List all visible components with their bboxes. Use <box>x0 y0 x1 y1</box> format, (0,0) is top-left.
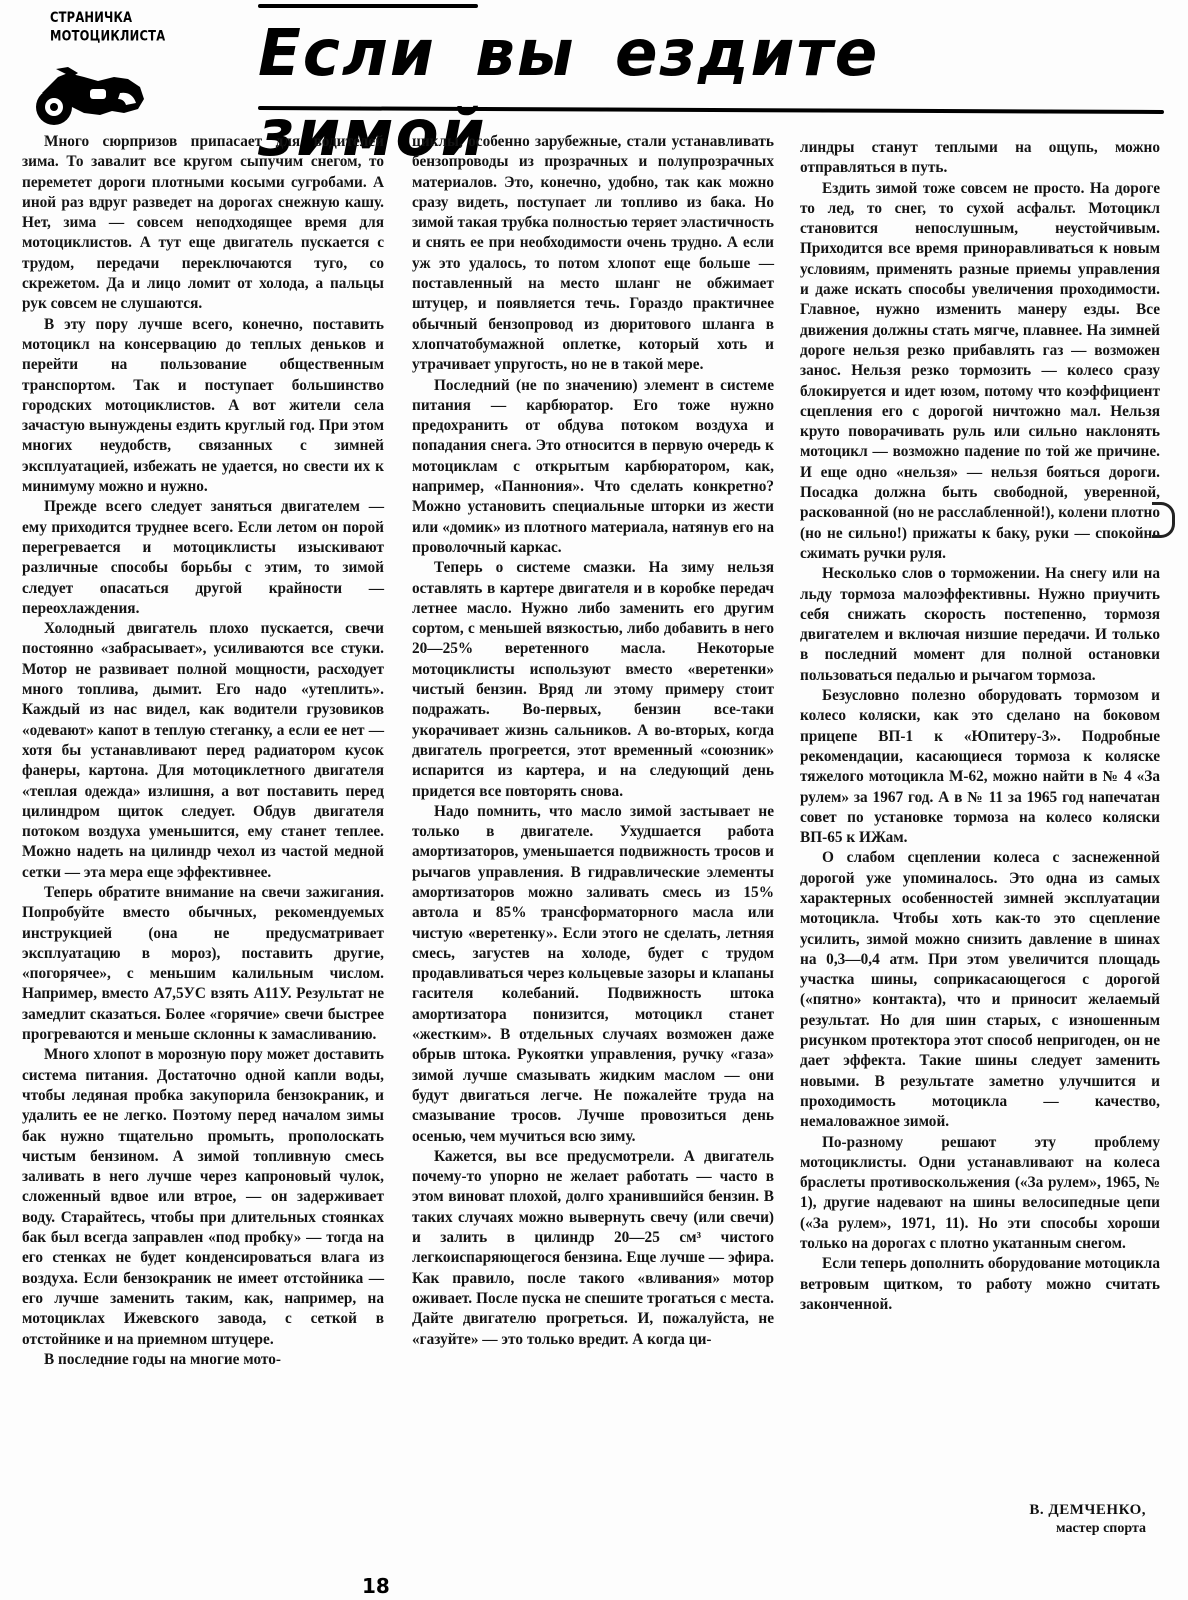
author-signature: В. ДЕМЧЕНКО, мастер спорта <box>1029 1500 1146 1538</box>
motorcycle-icon <box>28 63 158 133</box>
paragraph: Ездить зимой тоже совсем не просто. На д… <box>800 179 1160 565</box>
text-column-1: Много сюрпризов припасает для водителей … <box>22 132 384 1370</box>
paragraph: Много хлопот в морозную пору может доста… <box>22 1045 384 1349</box>
paragraph: Несколько слов о торможении. На снегу ил… <box>800 564 1160 686</box>
paragraph: О слабом сцеплении колеса с заснеженной … <box>800 848 1160 1132</box>
rubric-line-2: МОТОЦИКЛИСТА <box>50 27 150 46</box>
rubric-logo: СТРАНИЧКА МОТОЦИКЛИСТА <box>50 8 150 128</box>
paragraph: Холодный двигатель плохо пускается, свеч… <box>22 619 384 883</box>
text-column-3: линдры станут теплыми на ощупь, можно от… <box>800 138 1160 1315</box>
paragraph: Теперь обратите внимание на свечи зажига… <box>22 883 384 1045</box>
paragraph: Безусловно полезно оборудовать тормозом … <box>800 686 1160 848</box>
paragraph: По-разному решают эту проблему мотоцикли… <box>800 1133 1160 1255</box>
author-name: В. ДЕМЧЕНКО, <box>1029 1500 1146 1520</box>
paragraph: Последний (не по значению) элемент в сис… <box>412 376 774 559</box>
paragraph: Прежде всего следует заняться двигателем… <box>22 497 384 619</box>
author-title: мастер спорта <box>1029 1520 1146 1538</box>
paragraph: В эту пору лучше всего, конечно, постави… <box>22 315 384 498</box>
paragraph: Кажется, вы все предусмотрели. А двигате… <box>412 1147 774 1350</box>
paragraph: Если теперь дополнить оборудование мотоц… <box>800 1254 1160 1315</box>
page-number: 18 <box>362 1574 390 1598</box>
rubric-line-1: СТРАНИЧКА <box>50 8 150 27</box>
paragraph: циклы, особенно зарубежные, стали устана… <box>412 132 774 376</box>
title-rule-top <box>258 4 478 8</box>
newspaper-page: СТРАНИЧКА МОТОЦИКЛИСТА Если вы ездите зи… <box>0 0 1188 1600</box>
paragraph: Теперь о системе смазки. На зиму нельзя … <box>412 558 774 802</box>
paragraph: Много сюрпризов припасает для водителей … <box>22 132 384 315</box>
paragraph: В последние годы на многие мото- <box>22 1350 384 1370</box>
ink-blot-mark <box>1152 502 1175 538</box>
rubric-title: СТРАНИЧКА МОТОЦИКЛИСТА <box>50 8 150 46</box>
paragraph: линдры станут теплыми на ощупь, можно от… <box>800 138 1160 179</box>
text-column-2: циклы, особенно зарубежные, стали устана… <box>412 132 774 1350</box>
paragraph: Надо помнить, что масло зимой застывает … <box>412 802 774 1147</box>
